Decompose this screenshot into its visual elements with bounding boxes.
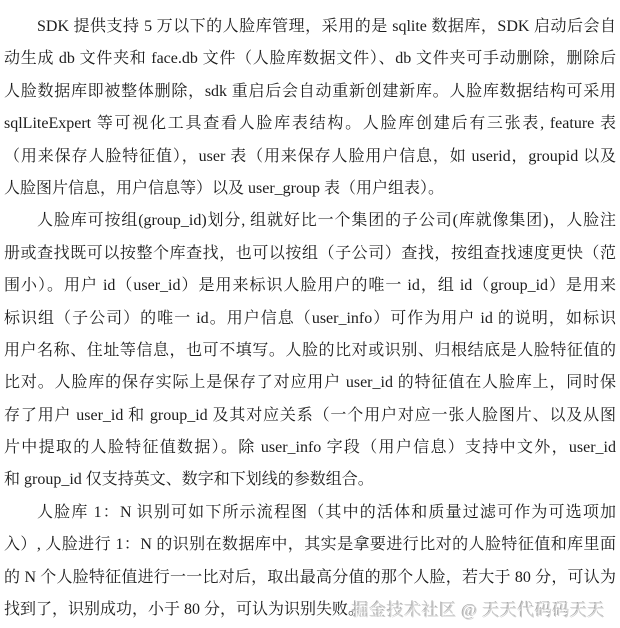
text-line: sqlLiteExpert 等可视化工具查看人脸库表结构。人脸库创建后有三张表,…: [4, 108, 616, 140]
text-line: 存了用户 user_id 和 group_id 及其对应关系（一个用户对应一张人…: [4, 400, 616, 432]
text-line: 比对。人脸库的保存实际上是保存了对应用户 user_id 的特征值在人脸库上，同…: [4, 367, 616, 399]
text-line: SDK 提供支持 5 万以下的人脸库管理，采用的是 sqlite 数据库，SDK…: [4, 11, 616, 43]
page: { "page": { "background": "#ffffff", "te…: [0, 0, 620, 628]
text-line: 的 N 个人脸特征值进行一一比对后，取出最高分值的那个人脸，若大于 80 分，可…: [4, 562, 616, 594]
text-line: 和 group_id 仅支持英文、数字和下划线的参数组合。: [4, 464, 616, 496]
text-line: 围小）。用户 id（user_id）是用来标识人脸用户的唯一 id，组 id（g…: [4, 270, 616, 302]
text-line: 人脸库 1：N 识别可如下所示流程图（其中的活体和质量过滤可作为可选项加: [4, 497, 616, 529]
text-line: 册或查找既可以按整个库查找，也可以按组（子公司）查找，按组查找速度更快（范: [4, 238, 616, 270]
text-line: 人脸库可按组(group_id)划分, 组就好比一个集团的子公司(库就像集团)，…: [4, 205, 616, 237]
document-body: SDK 提供支持 5 万以下的人脸库管理，采用的是 sqlite 数据库，SDK…: [4, 11, 616, 626]
text-line: 标识组（子公司）的唯一 id。用户信息（user_info）可作为用户 id 的…: [4, 303, 616, 335]
text-line: 人脸图片信息，用户信息等）以及 user_group 表（用户组表）。: [4, 173, 616, 205]
text-line: 动生成 db 文件夹和 face.db 文件（人脸库数据文件）、db 文件夹可手…: [4, 43, 616, 75]
text-line: 入）, 人脸进行 1：N 的识别在数据库中，其实是拿要进行比对的人脸特征值和库里…: [4, 529, 616, 561]
text-line: 片中提取的人脸特征值数据）。除 user_info 字段（用户信息）支持中文外，…: [4, 432, 616, 464]
text-line: 人脸数据库即被整体删除，sdk 重启后会自动重新创建新库。人脸库数据结构可采用: [4, 76, 616, 108]
text-line: 找到了，识别成功，小于 80 分，可认为识别失败。: [4, 594, 616, 626]
text-line: （用来保存人脸特征值），user 表（用来保存人脸用户信息，如 userid，g…: [4, 141, 616, 173]
text-line: 用户名称、住址等信息，也可不填写。人脸的比对或识别、归根结底是人脸特征值的: [4, 335, 616, 367]
